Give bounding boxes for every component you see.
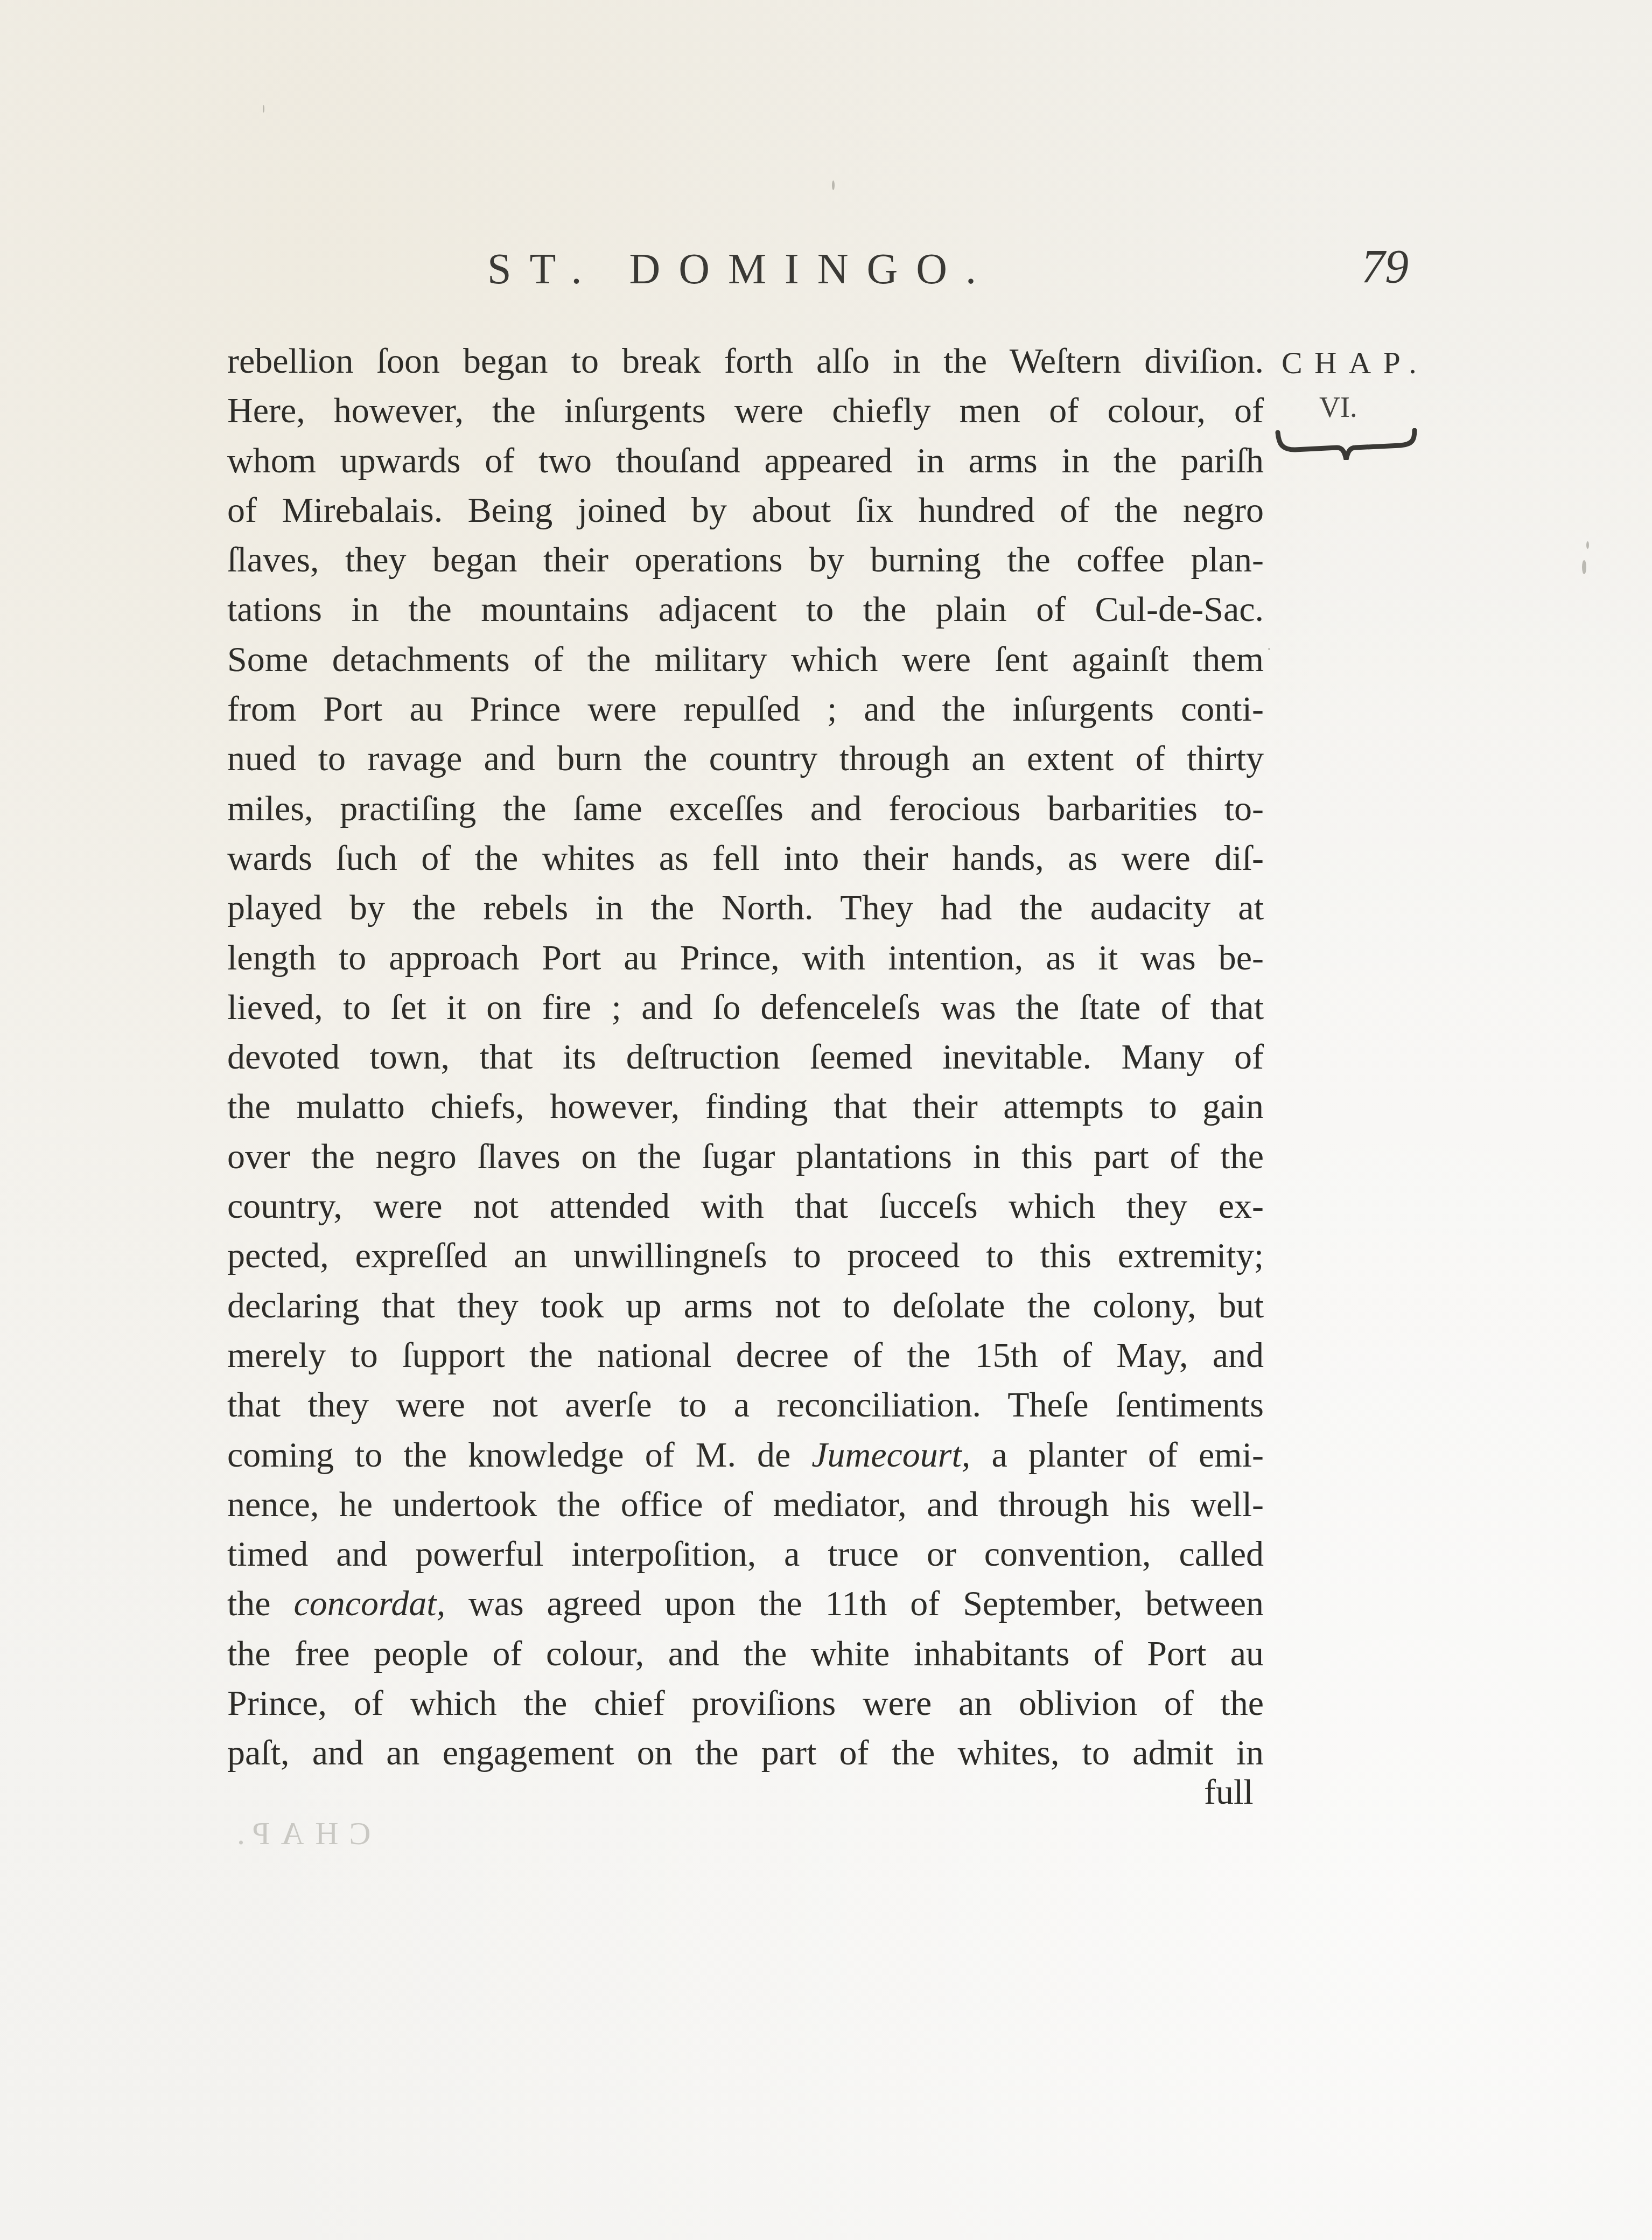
text-line: coming to the knowledge of M. de Jumecou… [227, 1430, 1264, 1480]
text-line: length to approach Port au Prince, with … [227, 933, 1264, 983]
paper-speck [1268, 648, 1270, 650]
text-line: Here, however, the inſurgents were chief… [227, 386, 1264, 436]
text-line: Prince, of which the chief proviſions we… [227, 1679, 1264, 1728]
line-text: coming to the knowledge of M. de [227, 1435, 811, 1475]
text-line: nence, he undertook the office of mediat… [227, 1480, 1264, 1530]
text-line: miles, practiſing the ſame exceſſes and … [227, 784, 1264, 834]
margin-chapter-label: CHAP. [1282, 345, 1429, 381]
catchword: full [1204, 1772, 1254, 1813]
text-line: wards ſuch of the whites as fell into th… [227, 834, 1264, 883]
text-line: lieved, to ſet it on fire ; and ſo defen… [227, 983, 1264, 1032]
text-line: ſlaves, they began their operations by b… [227, 535, 1264, 585]
text-line: merely to ſupport the national decree of… [227, 1331, 1264, 1380]
text-line: of Mirebalais. Being joined by about ſix… [227, 486, 1264, 535]
running-head: ST. DOMINGO. [487, 245, 995, 294]
paper-speck [1586, 541, 1589, 549]
line-text: was agreed upon the 11th of September, b… [445, 1584, 1264, 1623]
text-line: the concordat, was agreed upon the 11th … [227, 1579, 1264, 1629]
italic-name: Jumecourt, [811, 1435, 970, 1475]
text-line: that they were not averſe to a reconcili… [227, 1380, 1264, 1430]
text-line: tations in the mountains adjacent to the… [227, 585, 1264, 634]
text-line: the mulatto chiefs, however, finding tha… [227, 1082, 1264, 1132]
page-number: 79 [1361, 240, 1409, 294]
text-line: devoted town, that its deſtruction ſeeme… [227, 1032, 1264, 1082]
line-text: the [227, 1584, 294, 1623]
paper-speck [832, 180, 835, 190]
text-line: pected, expreſſed an unwillingneſs to pr… [227, 1231, 1264, 1281]
body-text: rebellion ſoon began to break forth alſo… [227, 337, 1264, 1778]
margin-chapter-number: VI. [1319, 390, 1357, 424]
line-text: a planter of emi- [970, 1435, 1264, 1475]
paper-speck [263, 105, 264, 113]
text-line: declaring that they took up arms not to … [227, 1281, 1264, 1331]
text-line: rebellion ſoon began to break forth alſo… [227, 337, 1264, 386]
paper-speck [1582, 560, 1586, 574]
text-line: Some detachments of the military which w… [227, 635, 1264, 685]
text-line: nued to ravage and burn the country thro… [227, 734, 1264, 784]
text-line: country, were not attended with that ſuc… [227, 1182, 1264, 1231]
italic-term: concordat, [294, 1584, 446, 1623]
text-line: paſt, and an engagement on the part of t… [227, 1728, 1264, 1778]
text-line: played by the rebels in the North. They … [227, 883, 1264, 933]
text-line: from Port au Prince were repulſed ; and … [227, 685, 1264, 734]
text-line: the free people of colour, and the white… [227, 1629, 1264, 1679]
text-line: over the negro ſlaves on the ſugar plant… [227, 1132, 1264, 1182]
brace-icon [1273, 428, 1419, 466]
text-line: timed and powerful interpoſition, a truc… [227, 1530, 1264, 1579]
show-through-text: CHAP. [226, 1815, 370, 1852]
text-line: whom upwards of two thouſand appeared in… [227, 436, 1264, 486]
